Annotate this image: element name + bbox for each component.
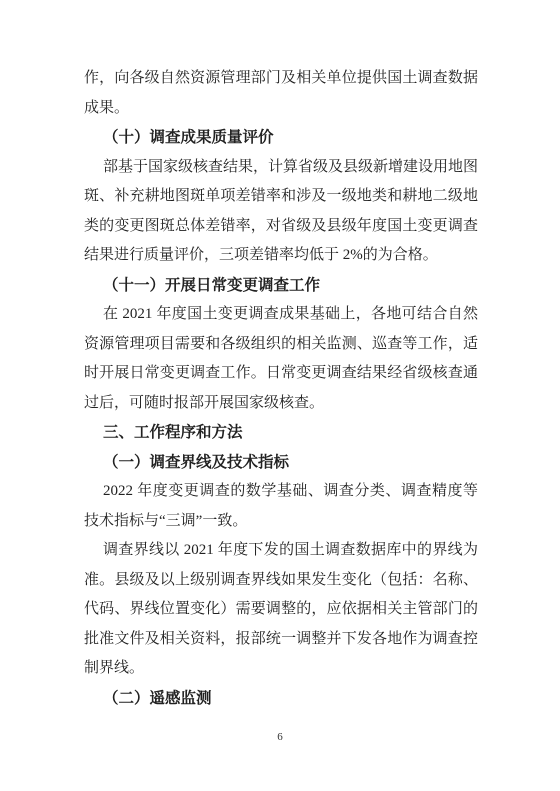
paragraph-survey-boundary: 调查界线以 2021 年度下发的国土调查数据库中的界线为准。县级及以上级别调查界… — [84, 536, 478, 684]
document-content: 作，向各级自然资源管理部门及相关单位提供国土调查数据成果。 （十）调查成果质量评… — [84, 64, 478, 713]
chapter-heading-3: 三、工作程序和方法 — [84, 418, 478, 448]
section-heading-10: （十）调查成果质量评价 — [84, 123, 478, 153]
section-heading-1: （一）调查界线及技术指标 — [84, 448, 478, 478]
document-page: 作，向各级自然资源管理部门及相关单位提供国土调查数据成果。 （十）调查成果质量评… — [0, 0, 560, 791]
paragraph-continuation: 作，向各级自然资源管理部门及相关单位提供国土调查数据成果。 — [84, 64, 478, 123]
paragraph-technical-indicators: 2022 年度变更调查的数学基础、调查分类、调查精度等技术指标与“三调”一致。 — [84, 477, 478, 536]
paragraph-quality-evaluation: 部基于国家级核查结果，计算省级及县级新增建设用地图斑、补充耕地图斑单项差错率和涉… — [84, 153, 478, 271]
paragraph-daily-change-survey: 在 2021 年度国土变更调查成果基础上，各地可结合自然资源管理项目需要和各级组… — [84, 300, 478, 418]
section-heading-11: （十一）开展日常变更调查工作 — [84, 271, 478, 301]
page-number: 6 — [0, 731, 560, 743]
section-heading-2: （二）遥感监测 — [84, 684, 478, 714]
